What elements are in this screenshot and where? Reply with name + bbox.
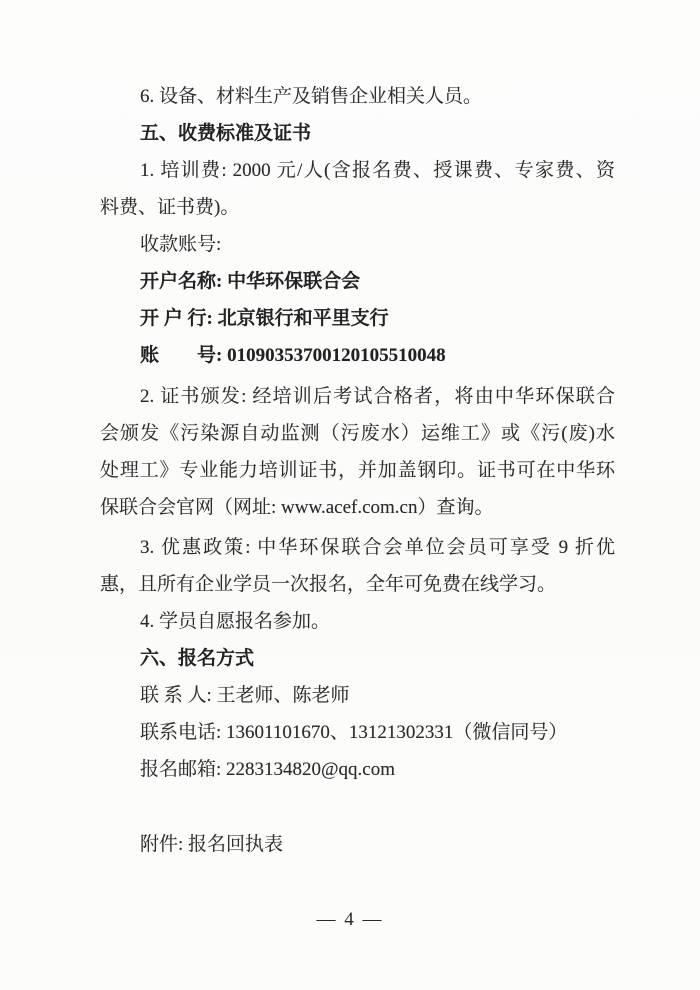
- line-certificate-issue-cont1: 会颁发《污染源自动监测（污废水）运维工》或《污(废)水: [100, 415, 615, 452]
- line-account-number: 账 号: 01090353700120105510048: [100, 337, 615, 374]
- heading-fee-standard: 五、收费标准及证书: [100, 115, 615, 152]
- line-discount-policy: 3. 优惠政策: 中华环保联合会单位会员可享受 9 折优: [100, 529, 615, 566]
- line-bank-branch: 开 户 行: 北京银行和平里支行: [100, 300, 615, 337]
- line-participants-item6: 6. 设备、材料生产及销售企业相关人员。: [100, 78, 615, 115]
- line-attachment: 附件: 报名回执表: [100, 826, 615, 863]
- line-contact-phone: 联系电话: 13601101670、13121302331（微信同号）: [100, 714, 615, 751]
- line-training-fee: 1. 培训费: 2000 元/人(含报名费、授课费、专家费、资: [100, 152, 615, 189]
- line-voluntary-registration: 4. 学员自愿报名参加。: [100, 603, 615, 640]
- line-contact-person: 联 系 人: 王老师、陈老师: [100, 677, 615, 714]
- line-certificate-issue-cont2: 处理工》专业能力培训证书，并加盖钢印。证书可在中华环: [100, 452, 615, 489]
- line-discount-policy-cont: 惠，且所有企业学员一次报名，全年可免费在线学习。: [100, 566, 615, 603]
- line-account-name: 开户名称: 中华环保联合会: [100, 263, 615, 300]
- line-registration-email: 报名邮箱: 2283134820@qq.com: [100, 751, 615, 788]
- line-payment-account-label: 收款账号:: [100, 226, 615, 263]
- line-certificate-issue-cont3: 保联合会官网（网址: www.acef.com.cn）查询。: [100, 489, 615, 526]
- line-training-fee-cont: 料费、证书费)。: [100, 189, 615, 226]
- document-body: 6. 设备、材料生产及销售企业相关人员。 五、收费标准及证书 1. 培训费: 2…: [100, 78, 615, 863]
- line-certificate-issue: 2. 证书颁发: 经培训后考试合格者，将由中华环保联合: [100, 378, 615, 415]
- page-number: — 4 —: [0, 909, 700, 931]
- heading-registration-method: 六、报名方式: [100, 640, 615, 677]
